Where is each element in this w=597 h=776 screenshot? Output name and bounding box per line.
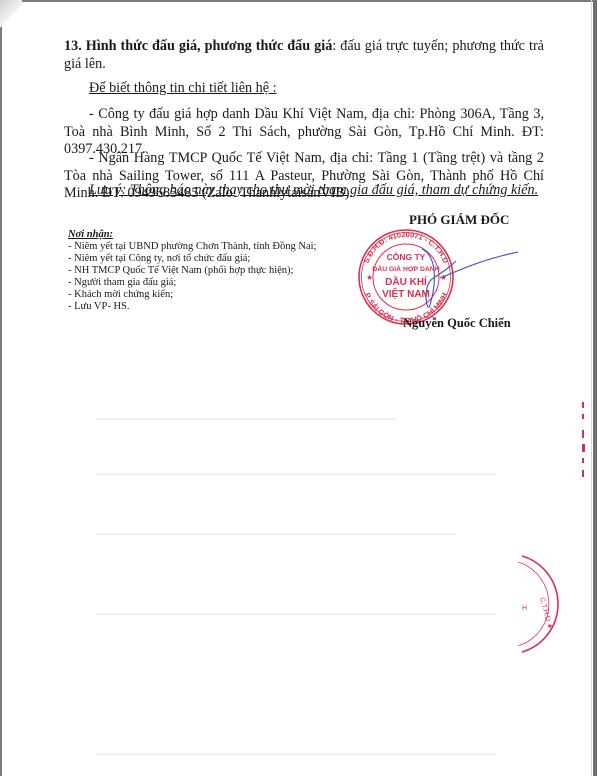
contact-intro: Để biết thông tin chi tiết liên hệ : [89,80,277,96]
edge-stamp-marks [581,400,586,480]
recipient-item: - Lưu VP- HS. [68,301,316,313]
page-corner-fold [0,0,22,28]
recipient-item: - Niêm yết tại Công ty, nơi tổ chức đấu … [68,253,316,265]
recipient-item: - Khách mời chứng kiến; [68,289,316,301]
recipients-title: Nơi nhận: [68,229,316,241]
recipient-item: - Niêm yết tại UBND phường Chơn Thành, t… [68,241,316,253]
section-13-heading: 13. Hình thức đấu giá, phương thức đấu g… [64,38,332,54]
seal-line4: VIỆT NAM [382,287,430,300]
svg-text:C.T.H.D ★: C.T.H.D ★ [538,596,554,630]
recipient-item: - NH TMCP Quốc Tế Việt Nam (phối hợp thự… [68,265,316,277]
signature-tail-icon [440,250,520,290]
signer-name: Nguyễn Quốc Chiến [403,316,511,331]
signer-title: PHÓ GIÁM ĐỐC [409,212,509,228]
page-edge-line [591,0,592,776]
section-13: 13. Hình thức đấu giá, phương thức đấu g… [64,38,544,73]
seal-fragment-icon: C.T.H.D ★ H [518,548,578,658]
seal-line3: DẦU KHÍ [385,275,427,288]
svg-text:H: H [522,605,527,612]
note-line: Lưu ý: Thông báo này thay cho thư mời th… [64,182,544,200]
seal-line1: CÔNG TY [387,251,426,262]
recipient-item: - Người tham gia đấu giá; [68,277,316,289]
note-text: Lưu ý: Thông báo này thay cho thư mời th… [89,182,538,198]
contact-intro-line: Để biết thông tin chi tiết liên hệ : [64,80,544,98]
seal-line2: ĐẤU GIÁ HỢP DANH [372,263,439,273]
recipients-block: Nơi nhận: - Niêm yết tại UBND phường Chơ… [68,229,316,313]
svg-text:★: ★ [366,273,373,282]
